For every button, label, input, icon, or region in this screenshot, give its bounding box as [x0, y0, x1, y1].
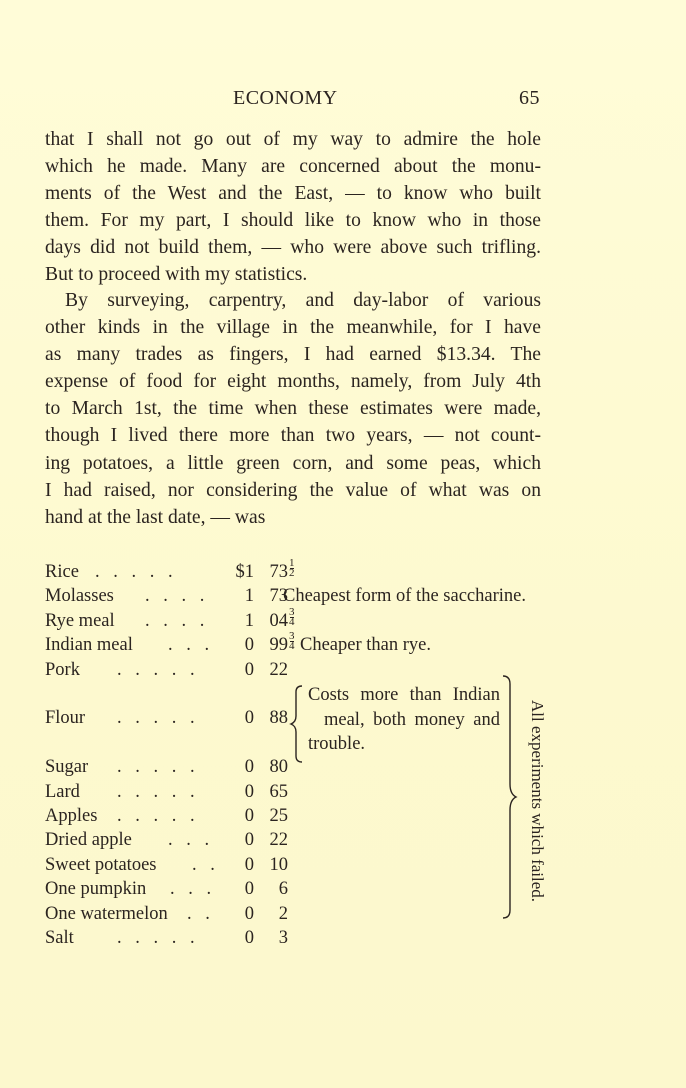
item-dollars: 0 [218, 904, 254, 925]
dot-leader: . . . . . [117, 660, 195, 681]
item-cents: 6 [264, 879, 288, 900]
dot-leader: . . . . . [117, 928, 195, 949]
item-name: Lard [45, 782, 80, 803]
flour-note-text: Costs more than Indian meal, both money … [308, 683, 500, 757]
item-fraction: 12 [289, 559, 295, 578]
text-line: other kinds in the village in the meanwh… [45, 314, 541, 341]
expense-row-sweet-potatoes: Sweet potatoes . . 0 10 [45, 855, 565, 879]
item-note: Cheapest form of the saccharine. [283, 586, 526, 607]
item-dollars: 0 [218, 855, 254, 876]
dot-leader: . . [192, 855, 215, 876]
dot-leader: . . . . [145, 586, 204, 607]
dot-leader: . . [187, 904, 210, 925]
item-cents: 80 [264, 757, 288, 778]
text-line: meal, both money and [308, 708, 500, 733]
book-page: ECONOMY 65 that I shall not go out of my… [0, 0, 686, 1088]
running-head: ECONOMY 65 [0, 87, 686, 115]
expense-row-sugar: Sugar . . . . . 0 80 [45, 757, 565, 781]
dot-leader: . . . . . [95, 562, 173, 583]
left-brace-icon [288, 684, 308, 764]
running-title: ECONOMY [233, 87, 338, 110]
text-line: Costs more than Indian [308, 683, 500, 708]
item-cents: 22 [264, 660, 288, 681]
dot-leader: . . . . . [117, 708, 195, 729]
text-line: By surveying, carpentry, and day-labor o… [45, 287, 541, 314]
expense-row-one-watermelon: One watermelon . . 0 2 [45, 904, 565, 928]
item-dollars: 0 [218, 660, 254, 681]
item-dollars: 0 [218, 635, 254, 656]
text-line: I had raised, nor considering the value … [45, 477, 541, 504]
item-cents: 65 [264, 782, 288, 803]
text-line: trouble. [308, 732, 500, 757]
expense-row-indian-meal: Indian meal . . . 0 99 34 Cheaper than r… [45, 635, 565, 659]
item-name: Sugar [45, 757, 88, 778]
expense-row-pork: Pork . . . . . 0 22 [45, 660, 565, 684]
expense-row-salt: Salt . . . . . 0 3 [45, 928, 565, 952]
paragraph-2: By surveying, carpentry, and day-labor o… [45, 287, 541, 531]
side-note-text: All experiments which failed. [527, 700, 547, 902]
item-name: Flour [45, 708, 85, 729]
item-dollars: 0 [218, 708, 254, 729]
item-dollars: 1 [218, 611, 254, 632]
item-name: Dried apple [45, 830, 132, 851]
page-number: 65 [519, 87, 540, 110]
item-name: Indian meal [45, 635, 133, 656]
item-name: Apples [45, 806, 97, 827]
dot-leader: . . . [170, 879, 211, 900]
item-dollars: 1 [218, 586, 254, 607]
dot-leader: . . . [168, 830, 209, 851]
paragraph-1: that I shall not go out of my way to adm… [45, 126, 541, 289]
item-name: Salt [45, 928, 74, 949]
text-line: which he made. Many are concerned about … [45, 153, 541, 180]
text-line: though I lived there more than two years… [45, 422, 541, 449]
expense-row-lard: Lard . . . . . 0 65 [45, 782, 565, 806]
item-cents: 73 [264, 562, 288, 583]
dot-leader: . . . . . [117, 806, 195, 827]
item-name: One pumpkin [45, 879, 146, 900]
dot-leader: . . . . . [117, 757, 195, 778]
right-brace-icon [500, 672, 520, 922]
item-fraction: 34 [289, 608, 295, 627]
text-line: them. For my part, I should like to know… [45, 207, 541, 234]
item-name: Rye meal [45, 611, 115, 632]
text-line: hand at the last date, — was [45, 504, 541, 531]
text-line: ments of the West and the East, — to kno… [45, 180, 541, 207]
item-dollars: 0 [218, 782, 254, 803]
item-cents: 22 [264, 830, 288, 851]
text-line: expense of food for eight months, namely… [45, 368, 541, 395]
item-dollars: 0 [218, 928, 254, 949]
side-note: All experiments which failed. [523, 700, 547, 910]
dot-leader: . . . . . [117, 782, 195, 803]
expense-row-rye-meal: Rye meal . . . . 1 04 34 [45, 611, 565, 635]
item-name: Rice [45, 562, 79, 583]
item-name: Pork [45, 660, 80, 681]
dot-leader: . . . [168, 635, 209, 656]
item-dollars: 0 [218, 879, 254, 900]
expense-row-dried-apple: Dried apple . . . 0 22 [45, 830, 565, 854]
text-line: to March 1st, the time when these estima… [45, 395, 541, 422]
item-name: One watermelon [45, 904, 168, 925]
item-dollars: 0 [218, 830, 254, 851]
text-line: days did not build them, — who were abov… [45, 234, 541, 261]
item-cents: 04 [264, 611, 288, 632]
dot-leader: . . . . [145, 611, 204, 632]
item-cents: 10 [264, 855, 288, 876]
item-dollars: $1 [218, 562, 254, 583]
text-line: ing potatoes, a little green corn, and s… [45, 450, 541, 477]
item-dollars: 0 [218, 806, 254, 827]
expense-row-rice: Rice . . . . . $1 73 12 [45, 562, 565, 586]
item-cents: 3 [264, 928, 288, 949]
expense-row-apples: Apples . . . . . 0 25 [45, 806, 565, 830]
item-name: Molasses [45, 586, 114, 607]
expense-row-molasses: Molasses . . . . 1 73 Cheapest form of t… [45, 586, 565, 610]
item-fraction: 34 [289, 632, 295, 651]
item-cents: 99 [264, 635, 288, 656]
item-cents: 25 [264, 806, 288, 827]
expense-row-one-pumpkin: One pumpkin . . . 0 6 [45, 879, 565, 903]
item-cents: 88 [264, 708, 288, 729]
item-name: Sweet potatoes [45, 855, 157, 876]
text-line: that I shall not go out of my way to adm… [45, 126, 541, 153]
text-line: as many trades as fingers, I had earned … [45, 341, 541, 368]
item-note: Cheaper than rye. [300, 635, 431, 656]
item-dollars: 0 [218, 757, 254, 778]
item-cents: 2 [264, 904, 288, 925]
text-line: But to proceed with my statistics. [45, 261, 541, 288]
